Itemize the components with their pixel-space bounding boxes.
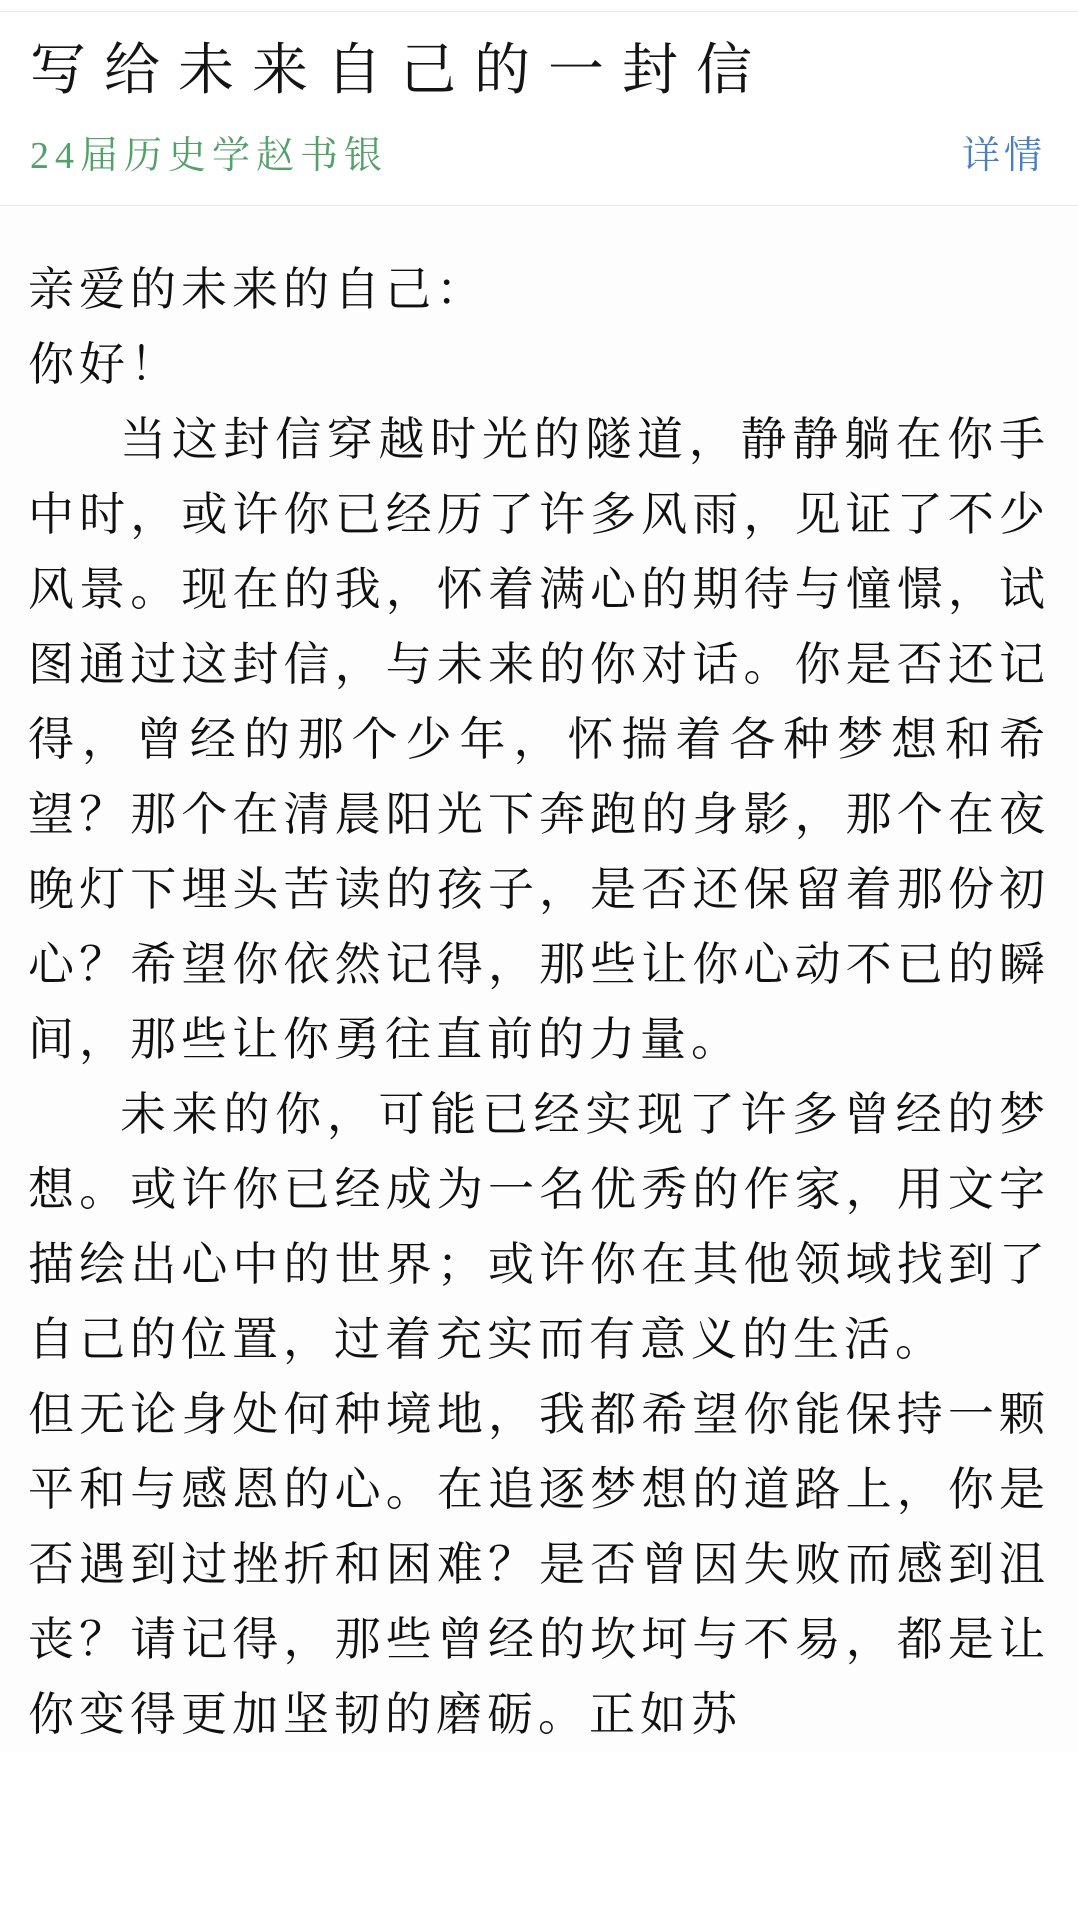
article-title: 写给未来自己的一封信 — [30, 36, 1048, 106]
letter-salutation: 亲爱的未来的自己： — [28, 252, 1050, 327]
letter-paragraph: 未来的你，可能已经实现了许多曾经的梦想。或许你已经成为一名优秀的作家，用文字描绘… — [28, 1077, 1050, 1377]
article-header: 写给未来自己的一封信 24届历史学赵书银 详情 — [0, 12, 1078, 205]
detail-link[interactable]: 详情 — [962, 124, 1048, 179]
letter-body: 亲爱的未来的自己： 你好！ 当这封信穿越时光的隧道，静静躺在你手中时，或许你已经… — [0, 206, 1078, 1752]
letter-paragraphs: 当这封信穿越时光的隧道，静静躺在你手中时，或许你已经历了许多风雨，见证了不少风景… — [28, 402, 1050, 1752]
letter-paragraph: 但无论身处何种境地，我都希望你能保持一颗平和与感恩的心。在追逐梦想的道路上，你是… — [28, 1377, 1050, 1752]
article-author: 24届历史学赵书银 — [30, 124, 388, 179]
letter-paragraph: 当这封信穿越时光的隧道，静静躺在你手中时，或许你已经历了许多风雨，见证了不少风景… — [28, 402, 1050, 1077]
letter-page: 写给未来自己的一封信 24届历史学赵书银 详情 亲爱的未来的自己： 你好！ 当这… — [0, 0, 1078, 1919]
letter-greeting: 你好！ — [28, 327, 1050, 402]
byline-row: 24届历史学赵书银 详情 — [30, 124, 1048, 179]
